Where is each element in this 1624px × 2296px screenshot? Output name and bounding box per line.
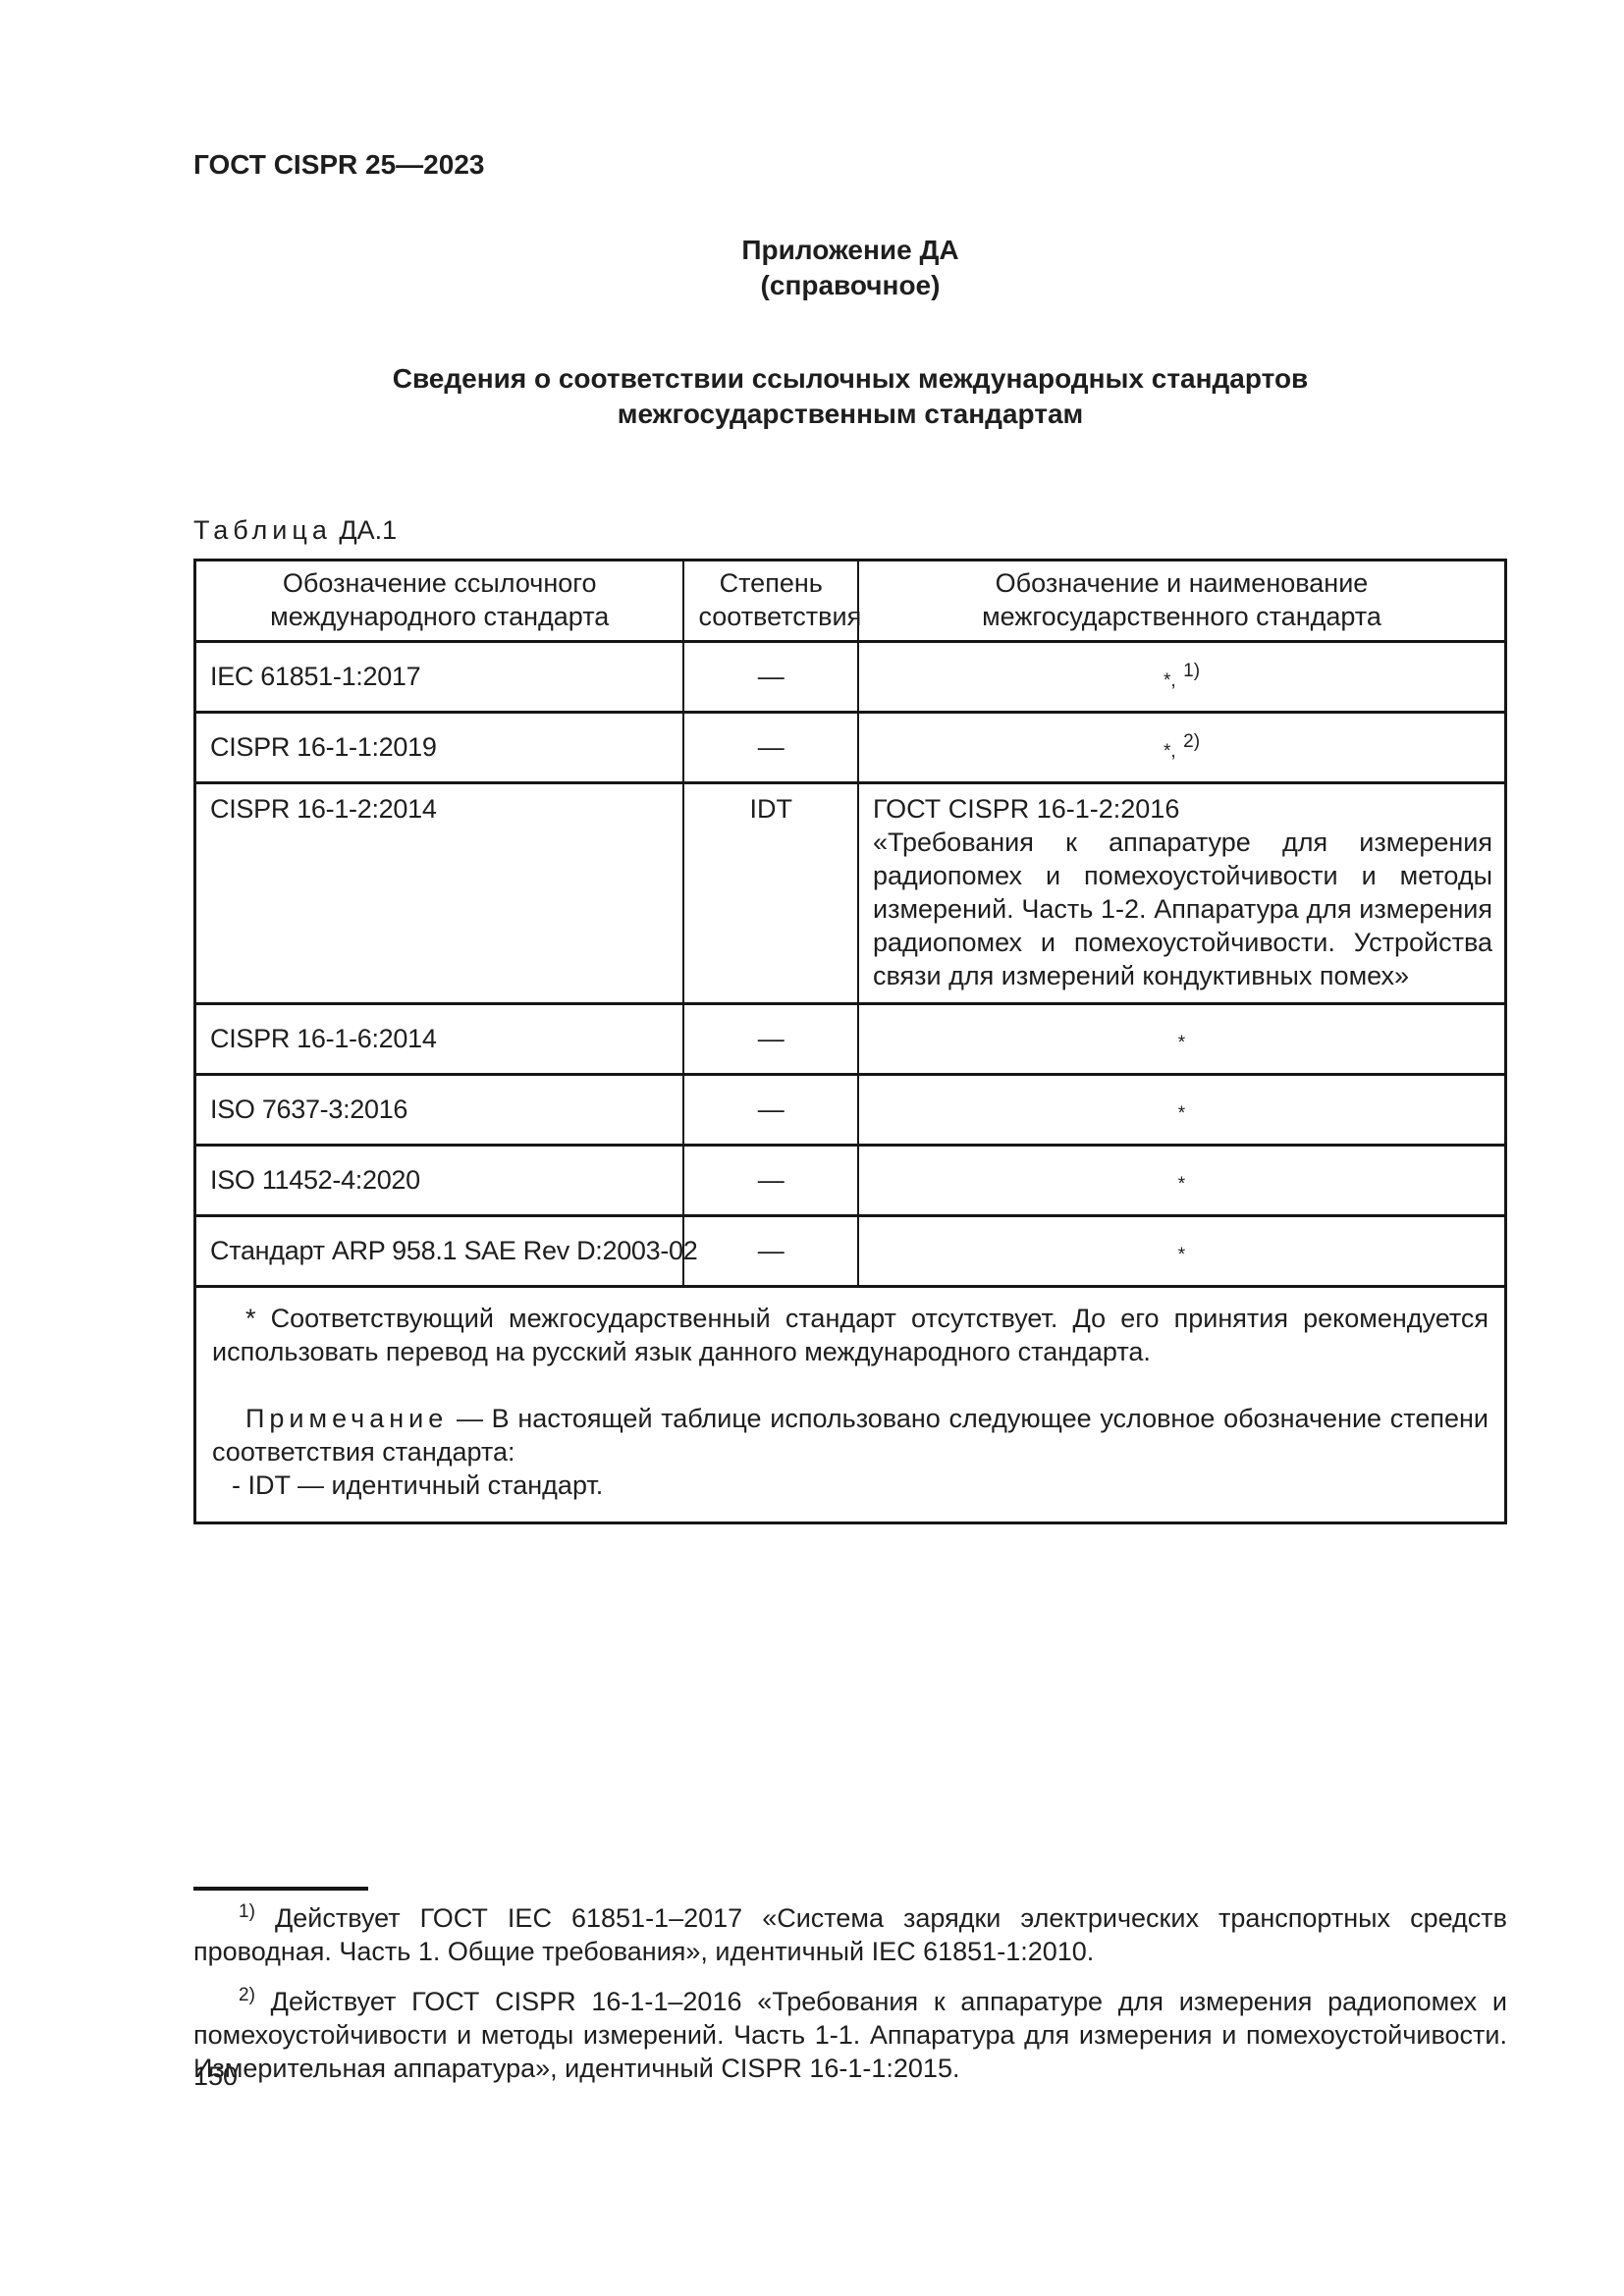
table-row: CISPR 16-1-1:2019 — *, 2) <box>195 712 1506 782</box>
footnote-mark: *, <box>1164 741 1176 762</box>
table-header-row: Обозначение ссылочного международного ст… <box>195 560 1506 641</box>
table-footnote-row: * Соответствующий межгосударственный ста… <box>195 1286 1506 1522</box>
section-heading: Сведения о соответствии ссылочных междун… <box>193 361 1507 433</box>
cell-degree: — <box>683 1003 858 1074</box>
column-header-international-standard: Обозначение ссылочного международного ст… <box>195 560 684 641</box>
cell-degree: — <box>683 1215 858 1286</box>
section-heading-line1: Сведения о соответствии ссылочных междун… <box>393 363 1309 394</box>
correspondence-table: Обозначение ссылочного международного ст… <box>193 559 1507 1524</box>
cell-gost-standard: ГОСТ CISPR 16-1-2:2016 «Требования к апп… <box>858 782 1506 1003</box>
section-heading-line2: межгосударственным стандартам <box>618 399 1083 429</box>
table-row: Стандарт ARP 958.1 SAE Rev D:2003-02 — * <box>195 1215 1506 1286</box>
cell-mark: * <box>858 1215 1506 1286</box>
table-caption: Таблица ДА.1 <box>193 513 1507 547</box>
footnote-2: 2) Действует ГОСТ CISPR 16-1-1–2016 «Тре… <box>193 1984 1507 2085</box>
appendix-kind: (справочное) <box>193 268 1507 302</box>
table-footnote-star: * Соответствующий межгосударственный ста… <box>212 1302 1489 1368</box>
cell-mark: *, 1) <box>858 641 1506 712</box>
cell-degree: — <box>683 1145 858 1215</box>
table-note-label: Примечание <box>245 1404 448 1433</box>
gost-standard-designation: ГОСТ CISPR 16-1-2:2016 <box>873 792 1492 826</box>
footnote-1: 1) Действует ГОСТ IEC 61851-1–2017 «Сист… <box>193 1900 1507 1968</box>
column-header-degree: Степень соответствия <box>683 560 858 641</box>
cell-degree: — <box>683 1074 858 1145</box>
footnote-mark: *, <box>1164 670 1176 691</box>
table-note-item: - IDT — идентичный стандарт. <box>232 1468 1489 1502</box>
cell-standard: CISPR 16-1-2:2014 <box>195 782 684 1003</box>
document-page: ГОСТ CISPR 25—2023 Приложение ДА (справо… <box>0 0 1624 2296</box>
gost-standard-title: «Требования к аппаратуре для измерения р… <box>873 826 1492 992</box>
table-row: ISO 7637-3:2016 — * <box>195 1074 1506 1145</box>
cell-degree: — <box>683 641 858 712</box>
table-row: CISPR 16-1-6:2014 — * <box>195 1003 1506 1074</box>
footnote-mark: * <box>1178 1103 1185 1124</box>
footnote-ref: 2) <box>1183 731 1200 752</box>
table-footnote-cell: * Соответствующий межгосударственный ста… <box>195 1286 1506 1522</box>
footnote-separator <box>193 1887 368 1891</box>
footnote-1-marker: 1) <box>239 1901 255 1922</box>
cell-standard: CISPR 16-1-6:2014 <box>195 1003 684 1074</box>
table-row: CISPR 16-1-2:2014 IDT ГОСТ CISPR 16-1-2:… <box>195 782 1506 1003</box>
table-row: ISO 11452-4:2020 — * <box>195 1145 1506 1215</box>
footnotes: 1) Действует ГОСТ IEC 61851-1–2017 «Сист… <box>193 1887 1507 2101</box>
footnote-2-text: Действует ГОСТ CISPR 16-1-1–2016 «Требов… <box>193 1987 1507 2083</box>
table-note: Примечание — В настоящей таблице использ… <box>212 1402 1489 1468</box>
table-row: IEC 61851-1:2017 — *, 1) <box>195 641 1506 712</box>
cell-standard: Стандарт ARP 958.1 SAE Rev D:2003-02 <box>195 1215 684 1286</box>
page-content: ГОСТ CISPR 25—2023 Приложение ДА (справо… <box>193 147 1507 1524</box>
footnote-1-text: Действует ГОСТ IEC 61851-1–2017 «Система… <box>193 1903 1507 1966</box>
footnote-2-marker: 2) <box>239 1985 255 2005</box>
column-header-interstate-standard: Обозначение и наименование межгосударств… <box>858 560 1506 641</box>
cell-mark: * <box>858 1003 1506 1074</box>
footnote-mark: * <box>1178 1033 1185 1053</box>
cell-mark: * <box>858 1145 1506 1215</box>
cell-degree: — <box>683 712 858 782</box>
appendix-label: Приложение ДА <box>193 233 1507 267</box>
footnote-mark: * <box>1178 1174 1185 1195</box>
cell-mark: *, 2) <box>858 712 1506 782</box>
table-caption-number: ДА.1 <box>339 515 397 545</box>
cell-degree: IDT <box>683 782 858 1003</box>
page-number: 150 <box>193 2059 238 2093</box>
running-header: ГОСТ CISPR 25—2023 <box>193 147 1507 182</box>
table-caption-label: Таблица <box>193 515 332 545</box>
footnote-mark: * <box>1178 1245 1185 1265</box>
cell-standard: ISO 7637-3:2016 <box>195 1074 684 1145</box>
cell-standard: CISPR 16-1-1:2019 <box>195 712 684 782</box>
cell-standard: IEC 61851-1:2017 <box>195 641 684 712</box>
footnote-ref: 1) <box>1183 661 1200 681</box>
cell-mark: * <box>858 1074 1506 1145</box>
cell-standard: ISO 11452-4:2020 <box>195 1145 684 1215</box>
